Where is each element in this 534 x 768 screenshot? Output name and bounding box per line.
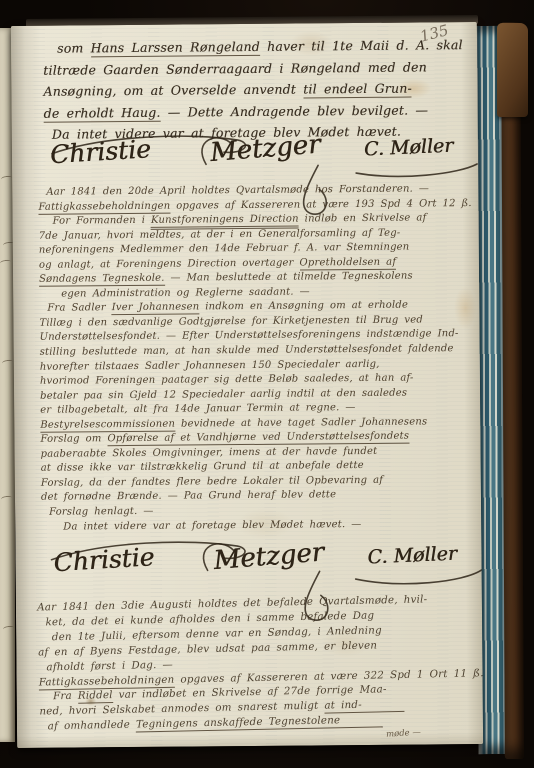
text-segment: — Dette Andragende blev bevilget. —: [160, 102, 428, 119]
leather-cover-corner: [497, 23, 528, 117]
text-segment: bevidnede at have taget Sadler Johannese…: [175, 416, 427, 429]
text-segment: og anlagt, at Foreningens Direction over…: [39, 257, 300, 270]
text-segment: Da intet videre var at foretage blev Mød…: [63, 519, 361, 533]
text-segment: paaberaabte Skoles Omgivninger, imens at…: [41, 446, 378, 460]
text-segment: stilling besluttede man, at han skulde m…: [40, 343, 454, 358]
manuscript-line: Ansøgning, om at Overselde anvendt til e…: [43, 77, 463, 102]
underlined-text: Søndagens Tegneskole.: [39, 273, 165, 287]
text-segment: betaler paa sin Gjeld 12 Speciedaler aar…: [40, 387, 407, 401]
manuscript-page: 135 som Hans Larssen Røngeland haver til…: [11, 22, 483, 748]
signature-moller: C. Møller: [367, 543, 457, 569]
manuscript-line: Da intet videre var at foretage blev Mød…: [41, 517, 474, 535]
text-segment: neforeningens Medlemmer den 14de Februar…: [39, 242, 410, 256]
text-segment: hvorimod Foreningen paatager sig dette B…: [40, 373, 414, 387]
signature-christie: Christie: [53, 542, 155, 577]
text-segment: Forslag henlagt. —: [49, 506, 153, 518]
text-segment: Ansøgning, om at Overselde anvendt: [43, 81, 303, 98]
text-segment: Forslag om: [40, 434, 107, 446]
text-segment: Fra Sadler: [47, 303, 111, 315]
signature-block-first: Christie Metzger C. Møller: [34, 126, 478, 186]
entry-meeting-august: Aar 1841 den 3die Augusti holdtes det be…: [37, 591, 483, 734]
ink-mark: [1, 495, 13, 501]
marginal-note: møde —: [386, 728, 421, 740]
text-segment: som: [57, 40, 91, 55]
signature-block-second: Christie Metzger C. Møller: [37, 534, 481, 594]
text-segment: Tillæg i den sædvanlige Godtgjørelse for…: [39, 314, 423, 328]
photo-background: 135 som Hans Larssen Røngeland haver til…: [0, 0, 534, 768]
text-segment: Aar 1841 den 20de April holdtes Qvartals…: [46, 183, 429, 197]
text-segment: hvorefter tilstaaes Sadler Johannesen 15…: [40, 358, 380, 372]
text-segment: at disse ikke var tilstrækkelig Grund ti…: [41, 460, 364, 474]
signature-metzger: Metzger: [212, 538, 325, 577]
text-segment: Understøttelsesfondet. — Efter Understøt…: [40, 329, 459, 344]
text-segment: Fra: [53, 690, 78, 703]
ink-mark: [0, 259, 11, 265]
entry-meeting-april: Aar 1841 den 20de April holdtes Qvartals…: [38, 182, 474, 535]
underlined-text: Tegningens anskaffede Tegnestolene: [136, 714, 383, 733]
underlined-text: Iver Johannesen: [112, 302, 200, 316]
text-segment: For Formanden i: [53, 215, 152, 227]
text-segment: afholdt først i Dag. —: [46, 658, 173, 673]
signature-metzger: Metzger: [209, 130, 322, 169]
ink-mark: [2, 359, 14, 365]
ink-mark: [1, 175, 13, 181]
underlined-text: Bestyrelsescommissionen: [40, 418, 175, 432]
underlined-text: Opretholdelsen af: [299, 256, 396, 270]
underlined-text: de erholdt Haug.: [44, 104, 161, 122]
text-segment: tiltræde Gaarden Sønderraagaard i Røngel…: [43, 59, 427, 77]
underlined-text: Fattigkassebeholdningen: [38, 200, 170, 214]
text-segment: indkom en Ansøgning om at erholde: [199, 300, 408, 313]
text-segment: haver til 1te Maii d. A. skal: [260, 37, 463, 54]
signature-christie: Christie: [49, 134, 151, 169]
text-segment: af omhandlede: [48, 719, 137, 733]
underlined-text: til endeel Grun-: [303, 81, 412, 99]
underlined-text: Hans Larssen Røngeland: [91, 39, 260, 57]
text-segment: opgaves af Kassereren at være 193 Spd 4 …: [170, 198, 472, 212]
text-segment: egen Administration og Reglerne saadant.…: [61, 286, 310, 299]
text-segment: 7de Januar, hvori meldtes, at der i en G…: [39, 227, 401, 241]
text-segment: det fornødne Brænde. — Paa Grund heraf b…: [41, 490, 336, 504]
leather-cover-edge: [501, 22, 524, 759]
text-segment: er tilbagebetalt, alt fra 14de Januar Te…: [40, 402, 355, 416]
text-segment: — Man besluttede at tilmelde Tegneskolen…: [165, 271, 413, 284]
ink-mark: [3, 625, 15, 631]
signature-moller: C. Møller: [363, 135, 453, 161]
text-segment: indløb en Skrivelse af: [299, 213, 427, 225]
underlined-text: Riddel: [78, 689, 113, 704]
manuscript-line: som Hans Larssen Røngeland haver til 1te…: [43, 34, 463, 59]
text-segment: Forslag, da der fandtes flere bedre Loka…: [41, 475, 383, 489]
underlined-text: at ind-: [324, 698, 404, 714]
